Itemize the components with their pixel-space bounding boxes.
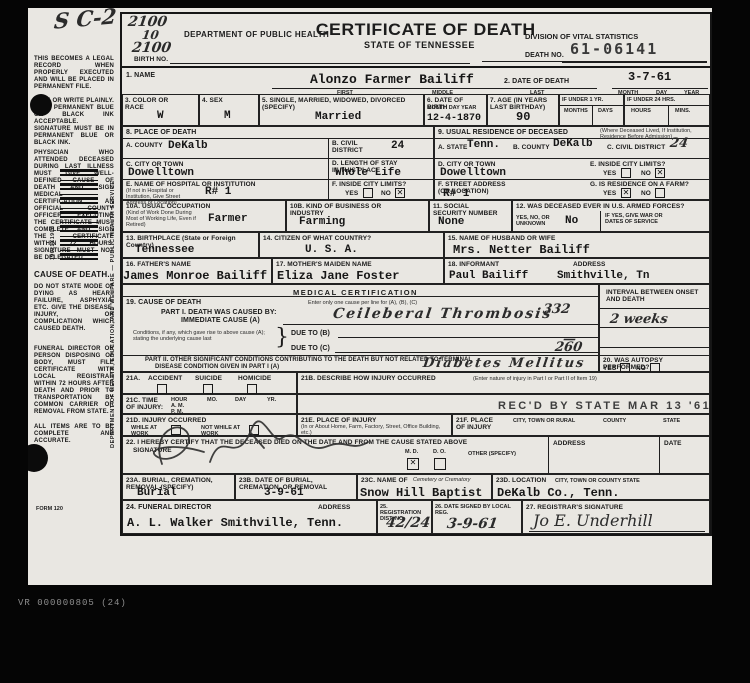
homicide-label: HOMICIDE <box>238 375 271 382</box>
informant-address-value: Smithville, Tn <box>557 271 649 282</box>
do-label: D. O. <box>433 449 446 455</box>
f8f-label: F. INSIDE CITY LIMITS? <box>332 181 422 188</box>
cause-a-value: Ceileberal Thrombosis <box>332 308 553 321</box>
f8f-yes-label: YES <box>345 190 358 197</box>
brace: } <box>275 325 289 350</box>
sex-value: M <box>224 111 231 122</box>
x-mark: ✕ <box>397 188 404 197</box>
informant-label: 18. INFORMANT <box>448 261 499 268</box>
age-value: 90 <box>516 112 530 123</box>
under-1yr-days: DAYS <box>598 108 613 114</box>
date-of-death-value: 3-7-61 <box>628 72 671 83</box>
part2-value: Diabetes Mellitus <box>422 357 586 370</box>
film-frame-code: VR 000000805 (24) <box>18 598 127 608</box>
location-value: DeKalb Co., Tenn. <box>497 488 619 499</box>
birthplace-value: Tennessee <box>135 245 194 256</box>
armed-forces-value: No <box>565 216 578 227</box>
f8d-value: Whole Life <box>335 168 401 179</box>
state-label: STATE OF TENNESSEE <box>364 40 475 50</box>
occupation-label: 10A. USUAL OCCUPATION <box>126 203 210 210</box>
cemetery-note: Cemetery or Crematory <box>413 477 470 483</box>
accident-checkbox <box>157 384 167 394</box>
name-label: 1. NAME <box>126 72 155 79</box>
father-value: James Monroe Bailiff <box>123 271 267 282</box>
f21a-number: 21A. <box>126 375 140 382</box>
cause-a-code: 332 <box>542 303 571 316</box>
dob-value: 12-4-1870 <box>427 114 481 124</box>
suicide-label: SUICIDE <box>195 375 222 382</box>
autopsy-no-label: NO <box>636 365 646 372</box>
cemetery-value: Snow Hill Baptist <box>360 488 482 499</box>
interval-header: INTERVAL BETWEEN ONSET AND DEATH <box>606 289 701 303</box>
color-race-label: 3. COLOR OR RACE <box>125 97 173 111</box>
due-c-label: DUE TO (C) <box>291 345 330 352</box>
f8b-label: B. CIVIL DISTRICT <box>332 140 372 154</box>
age-label: 7. AGE (IN YEARS LAST BIRTHDAY) <box>490 97 556 111</box>
registration-dist-value: 42/24 <box>385 517 431 530</box>
f9d-value: Dowelltown <box>440 168 506 179</box>
f9f-value: R# 1 <box>443 189 469 200</box>
department-label: DEPARTMENT OF PUBLIC HEALTH <box>184 30 329 39</box>
cemetery-label: 23C. NAME OF <box>361 477 408 484</box>
homicide-checkbox <box>247 384 257 394</box>
punch-hole <box>28 444 48 472</box>
date-signed-label: 26. DATE SIGNED BY LOCAL REG. <box>435 504 515 516</box>
form-number: FORM 120 <box>36 506 63 512</box>
f9g-no-checkbox <box>655 188 665 198</box>
funeral-address-label: ADDRESS <box>318 504 350 511</box>
f9c-label: C. CIVIL DISTRICT <box>607 144 665 151</box>
due-b-label: DUE TO (B) <box>291 330 330 337</box>
f9g-label: G. IS RESIDENCE ON A FARM? <box>590 181 700 188</box>
margin-note-complete: ALL ITEMS ARE TO BE COMPLETE AND ACCURAT… <box>34 424 114 445</box>
f9a-value: Tenn. <box>467 140 500 151</box>
margin-note-legal: THIS BECOMES A LEGAL RECORD WHEN PROPERL… <box>34 56 114 91</box>
form-grid: 2100 10 2100 BIRTH NO. DEPARTMENT OF PUB… <box>120 12 712 536</box>
f9e-yes-label: YES <box>603 170 616 177</box>
mo-label: MO. <box>207 397 217 403</box>
armed-forces-sub: YES, NO, OR UNKNOWN <box>516 215 561 227</box>
suicide-checkbox <box>203 384 213 394</box>
cert-address-label: ADDRESS <box>553 440 585 447</box>
other-specify-label: OTHER (SPECIFY) <box>468 451 516 457</box>
marital-label: 5. SINGLE, MARRIED, WIDOWED, DIVORCED (S… <box>262 97 420 111</box>
autopsy-yes-label: YES <box>603 365 616 372</box>
birth-no-label: BIRTH NO. <box>134 56 168 63</box>
f9a-label: A. STATE <box>438 144 467 151</box>
f9e-no-label: NO <box>641 170 651 177</box>
date-of-death-label: 2. DATE OF DEATH <box>504 78 569 85</box>
f8e-value: R# 1 <box>205 187 231 198</box>
certificate-paper: S C-2 THIS BECOMES A LEGAL RECORD WHEN P… <box>28 8 712 585</box>
death-no-label: DEATH NO. <box>525 52 564 59</box>
f8b-value: 24 <box>391 141 404 152</box>
ssn-label: 11. SOCIAL SECURITY NUMBER <box>433 203 503 217</box>
punch-hole <box>30 94 52 116</box>
f9e-yes-checkbox <box>621 168 631 178</box>
informant-value: Paul Bailiff <box>449 271 528 282</box>
margin-cause-heading: CAUSE OF DEATH. <box>34 271 116 279</box>
cause-of-death-label: 19. CAUSE OF DEATH <box>126 299 201 306</box>
occupation-value: Farmer <box>208 214 248 225</box>
immediate-cause-label: IMMEDIATE CAUSE (A) <box>181 317 260 324</box>
dob-sub: MONTH DAY YEAR <box>427 105 485 111</box>
under-24hrs-label: IF UNDER 24 HRS. <box>627 97 675 103</box>
name-value: Alonzo Farmer Bailiff <box>310 74 474 85</box>
color-race-value: W <box>157 111 164 122</box>
f9b-value: DeKalb <box>553 139 593 150</box>
how-injury-label: 21B. DESCRIBE HOW INJURY OCCURRED <box>301 375 436 382</box>
armed-forces-label: 12. WAS DECEASED EVER IN U.S. ARMED FORC… <box>516 203 706 210</box>
f9b-label: B. COUNTY <box>513 144 550 151</box>
cert-date-label: DATE <box>664 440 682 447</box>
f8f-no-label: NO <box>381 190 391 197</box>
date-signed-value: 3-9-61 <box>446 518 498 531</box>
do-checkbox <box>434 458 446 470</box>
under-1yr-months: MONTHS <box>564 108 588 114</box>
armed-forces-note: IF YES, GIVE WAR OR DATES OF SERVICE <box>605 213 665 225</box>
industry-label: 10B. KIND OF BUSINESS OR INDUSTRY <box>290 203 390 217</box>
received-stamp: REC'D BY STATE MAR 13 '61 <box>498 401 711 412</box>
f9g-no-label: NO <box>641 190 651 197</box>
registrar-signature-label: 27. REGISTRAR'S SIGNATURE <box>526 504 623 511</box>
under-1yr-label: IF UNDER 1 YR. <box>562 97 603 103</box>
mother-label: 17. MOTHER'S MAIDEN NAME <box>276 261 372 268</box>
f9g-yes-label: YES <box>603 190 616 197</box>
place-of-injury2-label: 21F. PLACE OF INJURY <box>456 417 496 431</box>
citizen-value: U. S. A. <box>305 245 358 256</box>
x-mark: ✕ <box>623 188 630 197</box>
death-no-value: 61-06141 <box>570 42 658 57</box>
day-label: DAY <box>235 397 246 403</box>
vertical-agency-text: DEPARTMENT OF HEALTH, EDUCATION, AND WEL… <box>110 148 116 448</box>
medical-certification-band: MEDICAL CERTIFICATION <box>293 288 418 297</box>
mother-value: Eliza Jane Foster <box>277 271 399 282</box>
conditions-note: Conditions, if any, which gave rise to a… <box>133 330 273 342</box>
f8f-yes-checkbox <box>363 188 373 198</box>
f8a-value: DeKalb <box>168 141 208 152</box>
industry-value: Farming <box>299 217 345 228</box>
county-label: COUNTY <box>603 418 626 424</box>
f8e-label: E. NAME OF HOSPITAL OR INSTITUTION <box>126 181 256 188</box>
barcode <box>60 168 98 260</box>
hw-top-number-3: 2100 <box>131 42 172 55</box>
location-note: CITY, TOWN OR COUNTY STATE <box>555 478 640 484</box>
funeral-director-label: 24. FUNERAL DIRECTOR <box>126 504 211 511</box>
funeral-director-value: A. L. Walker Smithville, Tenn. <box>127 518 343 529</box>
burial-date-value: 3-9-61 <box>264 488 304 499</box>
location-label: 23D. LOCATION <box>496 477 546 484</box>
under-24hrs-hours: HOURS <box>631 108 651 114</box>
residence-label: 9. USUAL RESIDENCE OF DECEASED <box>438 129 568 136</box>
burial-value: Burial <box>137 488 177 499</box>
father-label: 16. FATHER'S NAME <box>126 261 191 268</box>
interval-a-value: 2 weeks <box>609 313 668 326</box>
sex-label: 4. SEX <box>202 97 223 104</box>
f9e-label: E. INSIDE CITY LIMITS? <box>590 161 665 168</box>
place-of-death-label: 8. PLACE OF DEATH <box>126 129 196 136</box>
pencil-code: S C-2 <box>54 9 117 28</box>
spouse-value: Mrs. Netter Bailiff <box>453 245 590 256</box>
f9e-no-checkbox: ✕ <box>655 168 665 178</box>
f8a-label: A. COUNTY <box>126 142 163 149</box>
citizen-label: 14. CITIZEN OF WHAT COUNTRY? <box>263 235 371 242</box>
time-of-injury-label: 21C. TIME OF INJURY: <box>126 397 166 411</box>
f9g-yes-checkbox: ✕ <box>621 188 631 198</box>
how-injury-note: (Enter nature of injury in Part I or Par… <box>473 376 597 382</box>
yr-label: YR. <box>267 397 276 403</box>
under-24hrs-mins: MINS. <box>675 108 690 114</box>
f9c-value: 24 <box>669 137 689 150</box>
barcode-text: 19621X1900 <box>50 170 56 260</box>
accident-label: ACCIDENT <box>148 375 182 382</box>
scanned-death-certificate: S C-2 THIS BECOMES A LEGAL RECORD WHEN P… <box>0 0 750 683</box>
city-town-rural-label: CITY, TOWN OR RURAL <box>513 418 575 424</box>
margin-note-mode: DO NOT STATE MODE OF DYING AS HEART FAIL… <box>34 284 114 333</box>
marital-value: Married <box>315 112 361 123</box>
certificate-title: CERTIFICATE OF DEATH <box>316 20 536 40</box>
part1-label: PART I. DEATH WAS CAUSED BY: <box>161 309 277 316</box>
part2-label-2: DISEASE CONDITION GIVEN IN PART I (A) <box>155 364 279 371</box>
occupation-note: (Kind of Work Done During Most of Workin… <box>126 210 201 228</box>
ssn-value: None <box>438 217 464 228</box>
due-c-code: 260 <box>554 341 583 354</box>
spouse-label: 15. NAME OF HUSBAND OR WIFE <box>448 235 555 242</box>
informant-address-label: ADDRESS <box>573 261 605 268</box>
f8f-no-checkbox: ✕ <box>395 188 405 198</box>
physician-signature <box>132 412 412 474</box>
registrar-signature-value: Jo E. Underhill <box>533 513 653 528</box>
f8c-value: Dowelltown <box>128 168 194 179</box>
margin-note-funeral: FUNERAL DIRECTOR OR PERSON DISPOSING OF … <box>34 346 114 416</box>
state-col-label: STATE <box>663 418 680 424</box>
x-mark: ✕ <box>657 168 664 177</box>
